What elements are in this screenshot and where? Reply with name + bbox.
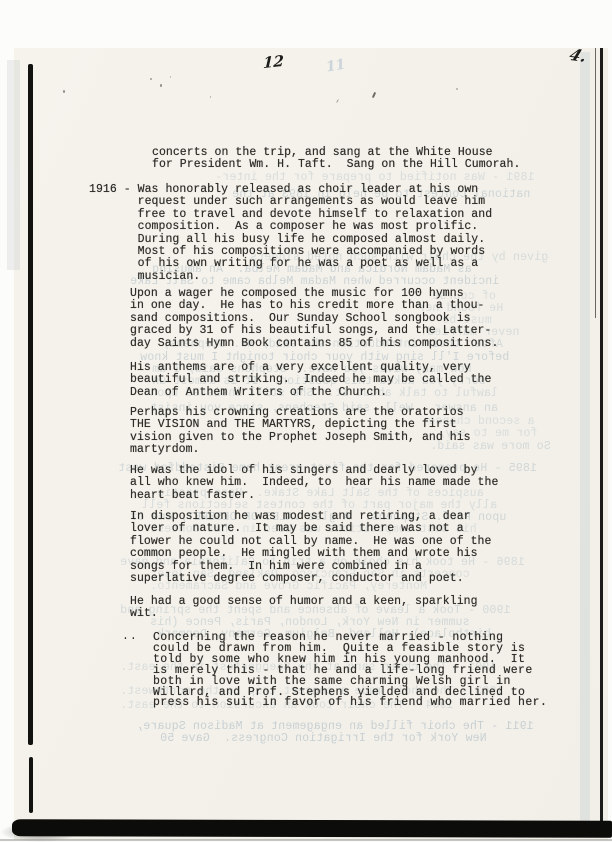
ink-speck (456, 88, 458, 90)
ink-speck (160, 84, 162, 87)
scanner-bottom-line (0, 839, 612, 841)
paragraph-oratorios: Perhaps his crowning creations are the o… (130, 407, 471, 457)
paragraph-1916-entry: 1916 - Was honorably released as choir l… (89, 184, 492, 283)
paragraph-humor: He had a good sense of humor and a keen,… (130, 596, 478, 621)
paragraph-never-married: Concerning the reason he never married -… (153, 633, 547, 709)
paragraph-concerts-continuation: concerts on the trip, and sang at the Wh… (152, 147, 520, 172)
right-page-edge-thin-line (595, 48, 596, 318)
bottom-page-edge (12, 819, 612, 838)
ink-speck (63, 90, 65, 93)
left-binding-edge-upper (28, 64, 33, 745)
paragraph-disposition: In disposition he was modest and retirin… (130, 511, 491, 585)
paragraph-idol-of-singers: He was the idol of his singers and dearl… (130, 465, 498, 502)
ink-speck (170, 76, 171, 78)
paragraph-wager-hymns: Upon a wager he composed the music for 1… (130, 288, 498, 350)
bleedthrough-line: New York for the Irrigation Congress. Ga… (160, 733, 487, 745)
right-page-edge-line (600, 48, 603, 833)
scan-shadow-left (7, 60, 20, 270)
scanned-document-page: { "page": { "handwritten_page_number": "… (0, 0, 612, 842)
paragraph-anthems: His anthems are of a very excellent qual… (130, 362, 491, 399)
ink-speck (210, 96, 211, 98)
ink-speck (150, 78, 152, 80)
handwritten-page-number: 12 (263, 52, 284, 72)
scan-shadow-right (580, 52, 590, 828)
margin-dots-mark: .. (122, 630, 138, 643)
left-binding-edge-lower (29, 757, 33, 813)
ghost-page-number: 11 (325, 56, 347, 75)
